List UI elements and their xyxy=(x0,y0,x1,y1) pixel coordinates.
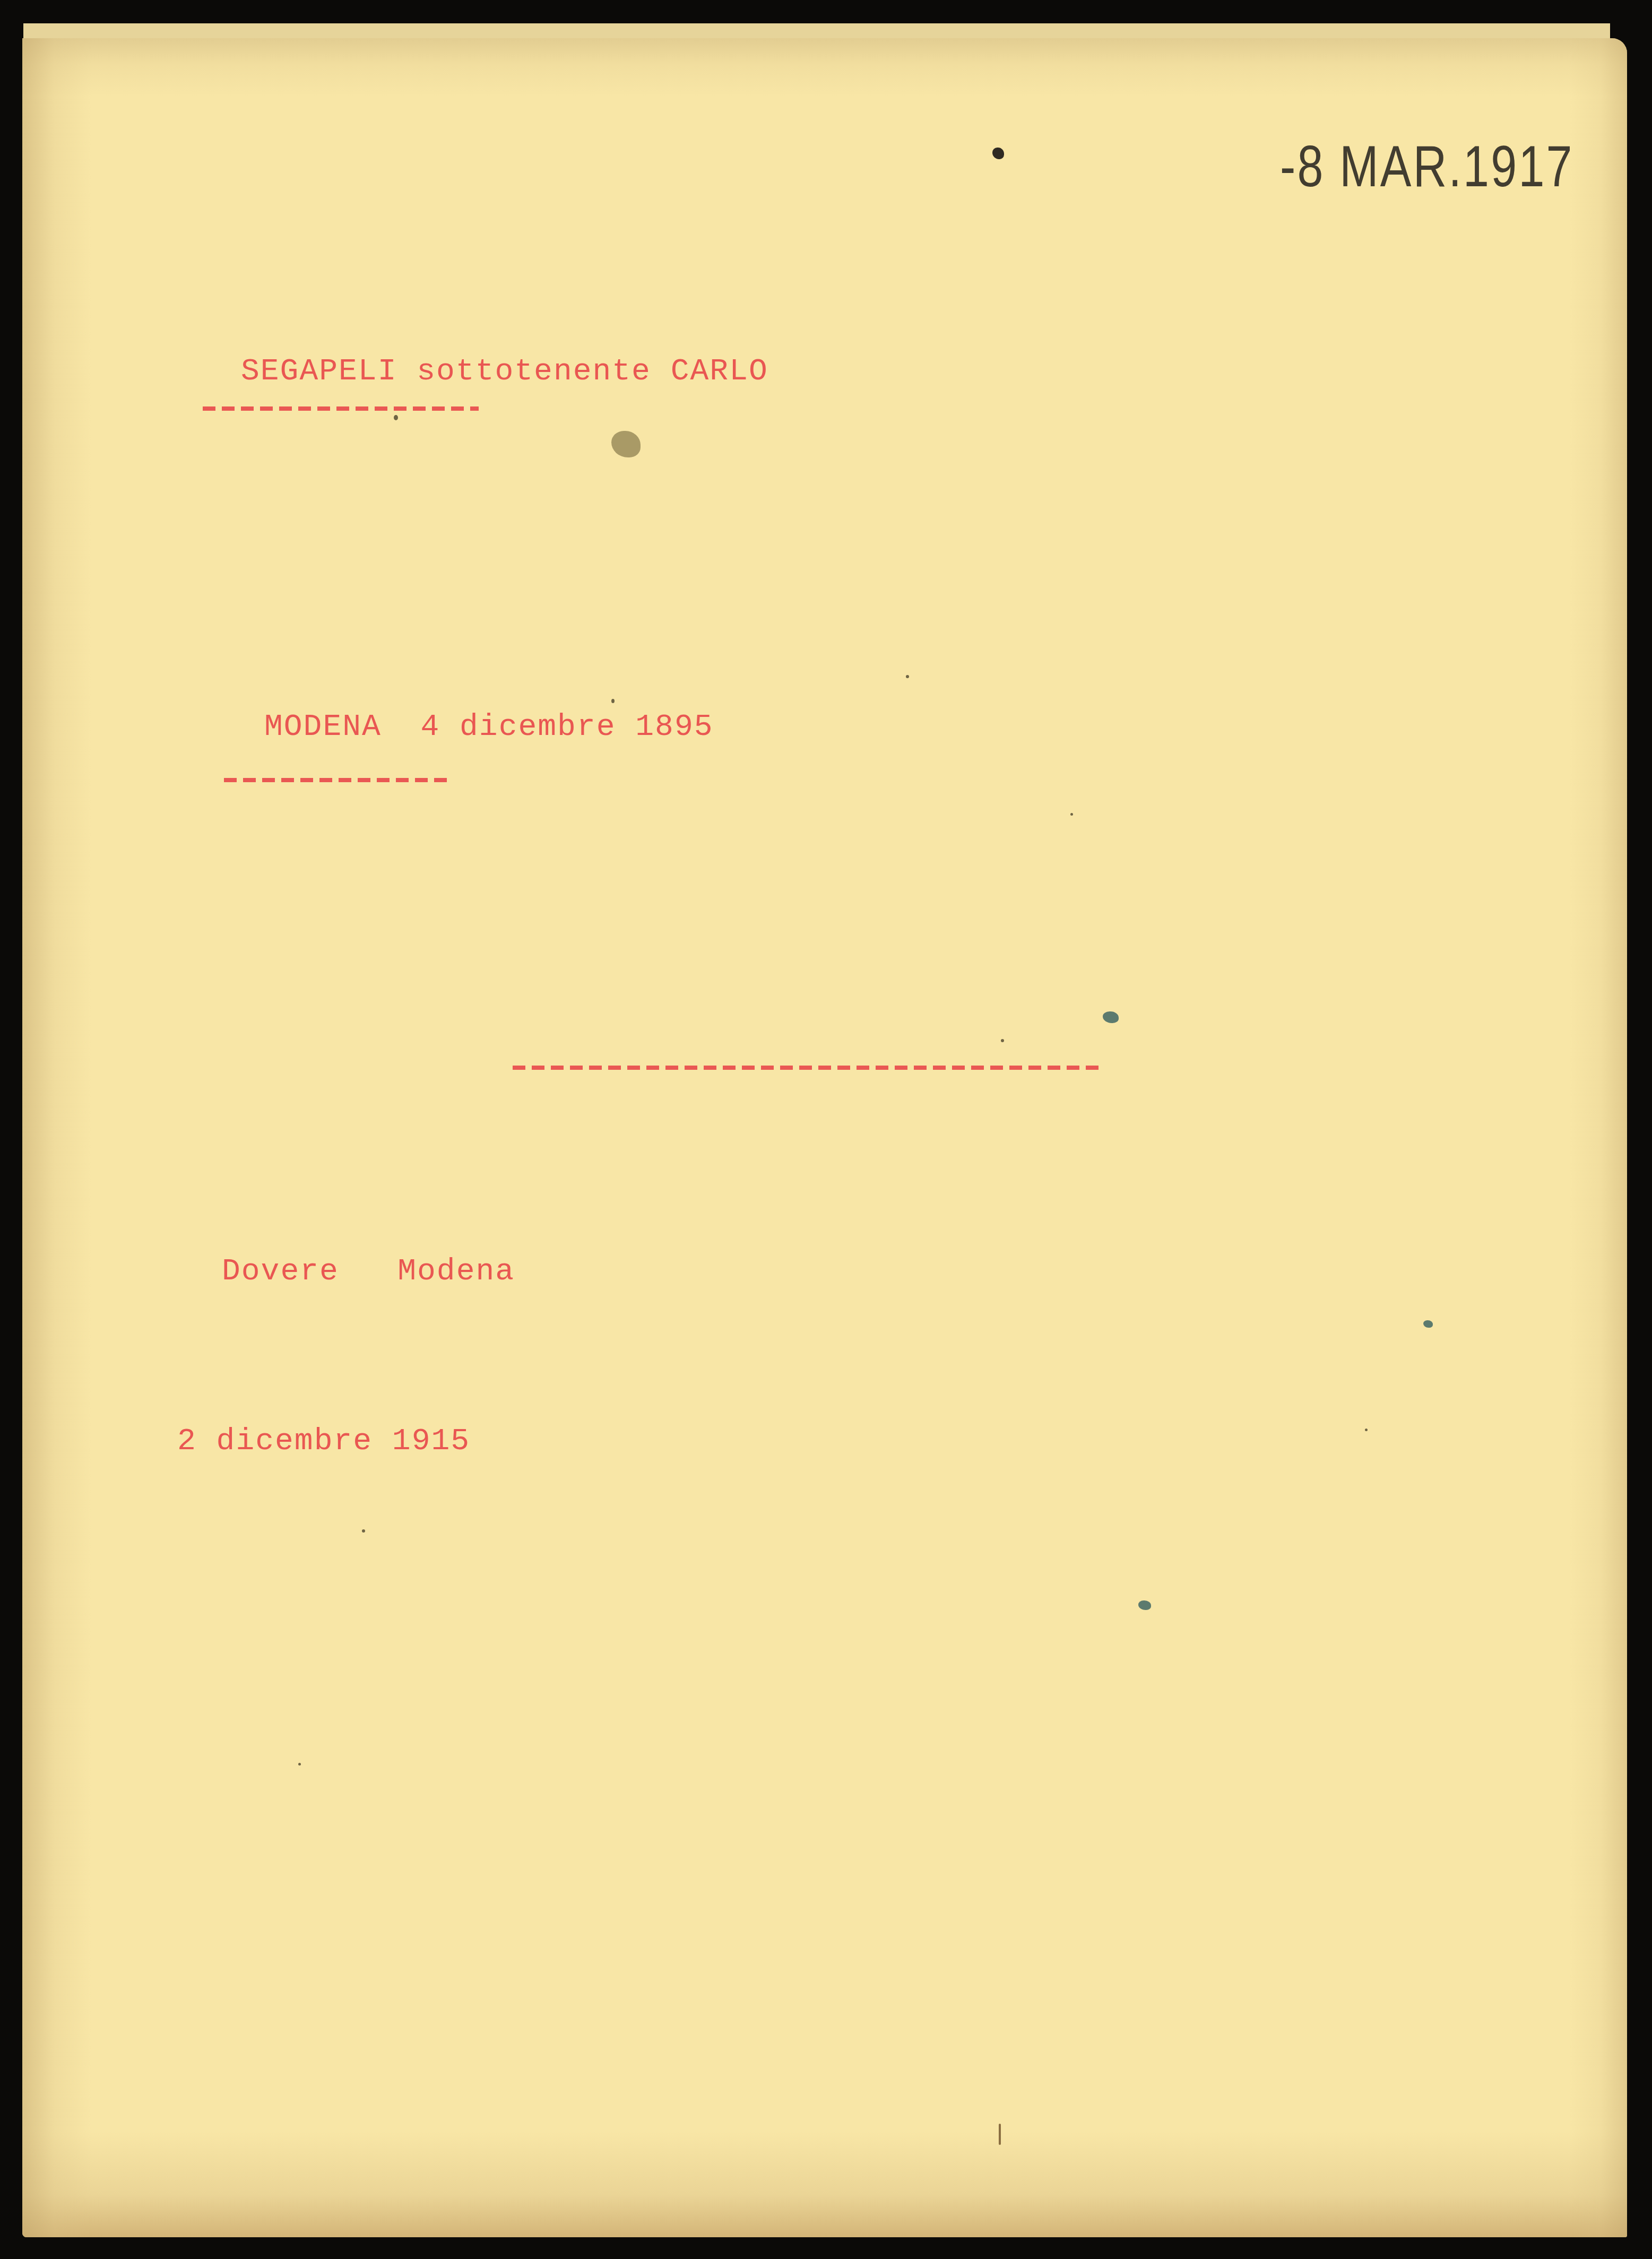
birth-line: MODENA 4 dicembre 1895 xyxy=(264,710,714,745)
speck xyxy=(362,1529,365,1533)
speck xyxy=(1001,1039,1004,1042)
ink-speck xyxy=(992,148,1004,159)
ink-speck xyxy=(1138,1600,1151,1610)
document-card: -8 MAR.1917 SEGAPELI sottotenente CARLO … xyxy=(22,38,1627,2237)
speck xyxy=(1070,813,1073,816)
name-line: SEGAPELI sottotenente CARLO xyxy=(241,354,768,389)
ink-speck xyxy=(1423,1320,1433,1328)
stain-blot xyxy=(611,431,641,457)
section-separator xyxy=(513,1066,1104,1070)
name-underline xyxy=(203,406,479,411)
enlistment-date-line: 2 dicembre 1915 xyxy=(177,1424,470,1459)
birth-underline xyxy=(224,778,447,782)
speck xyxy=(394,415,398,420)
origin-line: Dovere Modena xyxy=(222,1254,515,1289)
speck xyxy=(611,699,615,703)
speck xyxy=(906,675,909,678)
speck xyxy=(298,1763,301,1765)
ink-speck xyxy=(1103,1011,1119,1023)
date-stamp: -8 MAR.1917 xyxy=(1280,133,1574,200)
speck xyxy=(1365,1429,1368,1431)
speck xyxy=(999,2124,1001,2145)
